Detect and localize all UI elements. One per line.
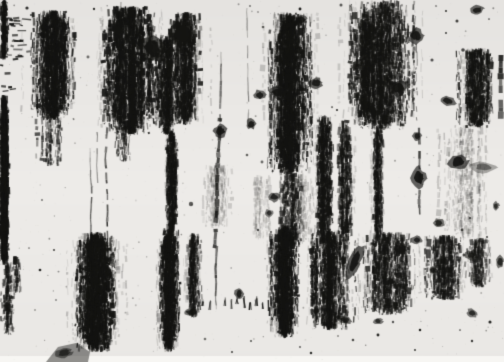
micrograph-image: [0, 0, 504, 362]
micrograph: [0, 0, 504, 362]
